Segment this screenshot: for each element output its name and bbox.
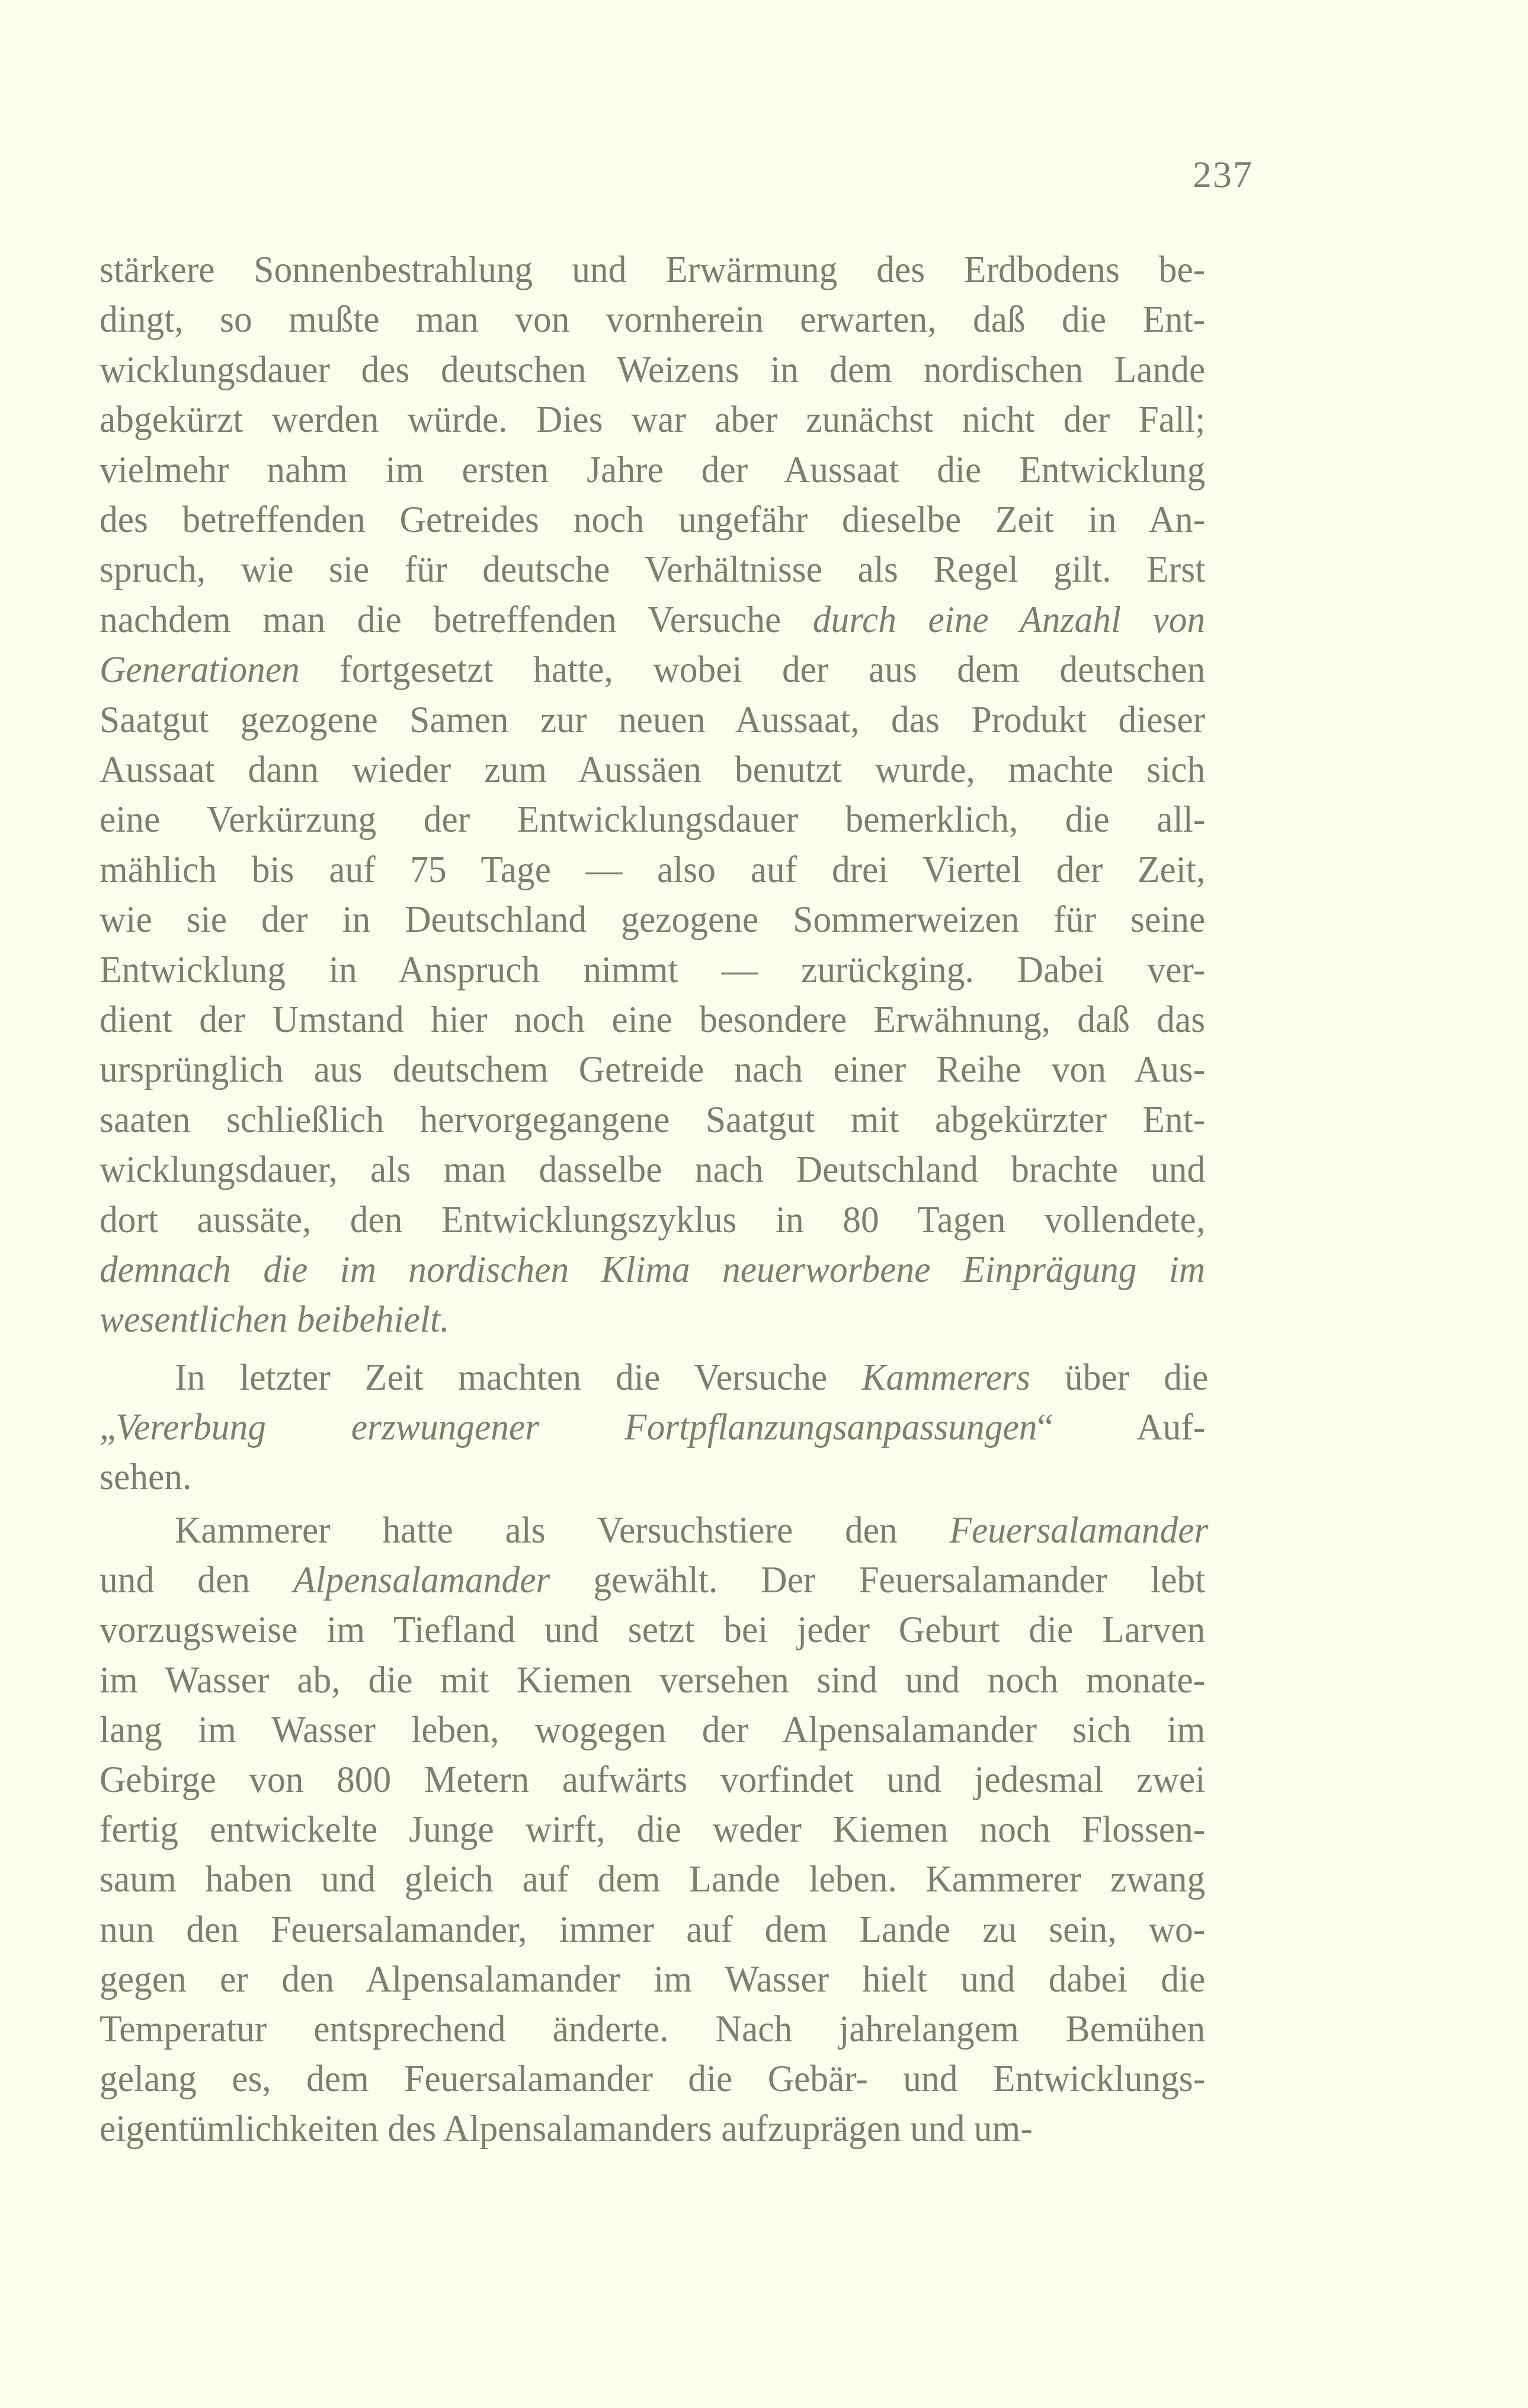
text-run: Gebirge von 800 Metern aufwärts vorfinde… [100,1758,1205,1800]
text-run: sehen. [100,1455,191,1498]
italic-emphasis: Kammerers [861,1356,1030,1398]
text-line: In letzter Zeit machten die Versuche Kam… [175,1352,1208,1402]
text-run: Kammerer hatte als Versuchstiere den [175,1509,949,1551]
text-line: Temperatur entsprechend änderte. Nach ja… [100,2004,1205,2054]
text-run: Saatgut gezogene Samen zur neuen Aussaat… [100,698,1205,740]
text-run: wicklungsdauer des deutschen Weizens in … [100,348,1205,390]
text-line: mählich bis auf 75 Tage — also auf drei … [100,845,1205,894]
text-line: wesentlichen beibehielt. [100,1294,1205,1344]
text-line: Generationen fortgesetzt hatte, wobei de… [100,645,1205,694]
text-run: Aussaat dann wieder zum Aussäen benutzt … [100,748,1205,790]
text-run: „ [100,1406,116,1448]
text-line: Kammerer hatte als Versuchstiere den Feu… [175,1505,1208,1555]
text-run: über die [1030,1356,1208,1398]
italic-emphasis: Alpensalamander [293,1559,550,1601]
text-run: In letzter Zeit machten die Versuche [175,1356,861,1398]
text-line: nachdem man die betreffenden Versuche du… [100,595,1205,645]
text-run: ursprünglich aus deutschem Getreide nach… [100,1048,1205,1090]
text-run: nachdem man die betreffenden Versuche [100,598,813,640]
italic-emphasis: Vererbung erzwungener Fortpflanzungsanpa… [116,1406,1037,1448]
text-run: mählich bis auf 75 Tage — also auf drei … [100,848,1205,890]
text-line: saum haben und gleich auf dem Lande lebe… [100,1854,1205,1904]
text-run: saaten schließlich hervorgegangene Saatg… [100,1098,1205,1140]
text-run: abgekürzt werden würde. Dies war aber zu… [100,398,1205,440]
text-line: eigentümlichkeiten des Alpensalamanders … [100,2104,1205,2153]
text-line: im Wasser ab, die mit Kiemen versehen si… [100,1655,1205,1705]
text-line: Gebirge von 800 Metern aufwärts vorfinde… [100,1755,1205,1804]
text-line: nun den Feuersalamander, immer auf dem L… [100,1904,1205,1954]
text-run: spruch, wie sie für deutsche Verhältniss… [100,548,1205,590]
text-run: wie sie der in Deutschland gezogene Somm… [100,898,1205,940]
italic-emphasis: demnach die im nordischen Klima neuerwor… [100,1248,1205,1290]
text-line: abgekürzt werden würde. Dies war aber zu… [100,395,1205,444]
text-run: saum haben und gleich auf dem Lande lebe… [100,1858,1205,1900]
text-run: eine Verkürzung der Entwicklungsdauer be… [100,798,1205,840]
text-line: Aussaat dann wieder zum Aussäen benutzt … [100,745,1205,794]
text-line: lang im Wasser leben, wogegen der Alpens… [100,1705,1205,1755]
text-run: dingt, so mußte man von vornherein erwar… [100,298,1205,340]
text-line: wie sie der in Deutschland gezogene Somm… [100,894,1205,944]
text-line: demnach die im nordischen Klima neuerwor… [100,1245,1205,1294]
text-line: wicklungsdauer des deutschen Weizens in … [100,345,1205,395]
text-line: des betreffenden Getreides noch ungefähr… [100,495,1205,544]
text-line: eine Verkürzung der Entwicklungsdauer be… [100,794,1205,844]
text-run: gewählt. Der Feuersalamander lebt [550,1559,1205,1601]
text-line: Saatgut gezogene Samen zur neuen Aussaat… [100,695,1205,745]
italic-emphasis: Generationen [100,648,300,690]
italic-emphasis: durch eine Anzahl von [813,598,1205,640]
italic-emphasis: Feuersalamander [949,1509,1208,1551]
text-run: dort aussäte, den Entwicklungszyklus in … [100,1198,1205,1240]
text-run: dient der Umstand hier noch eine besonde… [100,998,1205,1040]
text-run: vielmehr nahm im ersten Jahre der Aussaa… [100,448,1205,490]
text-run: fertig entwickelte Junge wirft, die wede… [100,1808,1205,1850]
text-run: “ Auf- [1037,1406,1205,1448]
text-run: nun den Feuersalamander, immer auf dem L… [100,1908,1205,1950]
text-run: wicklungsdauer, als man dasselbe nach De… [100,1148,1205,1190]
text-run: gelang es, dem Feuersalamander die Gebär… [100,2057,1205,2099]
text-line: gelang es, dem Feuersalamander die Gebär… [100,2054,1205,2104]
italic-emphasis: wesentlichen beibehielt. [100,1298,449,1340]
page-number: 237 [1188,151,1253,198]
text-line: vielmehr nahm im ersten Jahre der Aussaa… [100,445,1205,495]
text-line: Entwicklung in Anspruch nimmt — zurückgi… [100,945,1205,995]
text-run: fortgesetzt hatte, wobei der aus dem deu… [300,648,1205,690]
text-run: lang im Wasser leben, wogegen der Alpens… [100,1708,1205,1750]
text-run: Entwicklung in Anspruch nimmt — zurückgi… [100,948,1205,990]
text-run: des betreffenden Getreides noch ungefähr… [100,498,1205,540]
text-line: und den Alpensalamander gewählt. Der Feu… [100,1555,1205,1605]
text-run: eigentümlichkeiten des Alpensalamanders … [100,2107,1033,2149]
text-run: gegen er den Alpensalamander im Wasser h… [100,1958,1205,2000]
text-line: stärkere Sonnenbestrahlung und Erwärmung… [100,245,1205,294]
text-line: dient der Umstand hier noch eine besonde… [100,995,1205,1044]
text-line: dingt, so mußte man von vornherein erwar… [100,294,1205,344]
text-run: Temperatur entsprechend änderte. Nach ja… [100,2008,1205,2050]
text-run: vorzugsweise im Tiefland und setzt bei j… [100,1608,1205,1650]
text-line: vorzugsweise im Tiefland und setzt bei j… [100,1605,1205,1655]
text-line: saaten schließlich hervorgegangene Saatg… [100,1095,1205,1144]
text-line: gegen er den Alpensalamander im Wasser h… [100,1954,1205,2004]
text-line: ursprünglich aus deutschem Getreide nach… [100,1044,1205,1094]
text-line: spruch, wie sie für deutsche Verhältniss… [100,544,1205,594]
text-run: und den [100,1559,293,1601]
text-line: sehen. [100,1452,1205,1502]
text-line: dort aussäte, den Entwicklungszyklus in … [100,1195,1205,1245]
text-run: stärkere Sonnenbestrahlung und Erwärmung… [100,248,1205,290]
text-line: fertig entwickelte Junge wirft, die wede… [100,1804,1205,1854]
text-line: wicklungsdauer, als man dasselbe nach De… [100,1144,1205,1194]
text-line: „Vererbung erzwungener Fortpflanzungsanp… [100,1402,1205,1452]
text-run: im Wasser ab, die mit Kiemen versehen si… [100,1659,1205,1701]
